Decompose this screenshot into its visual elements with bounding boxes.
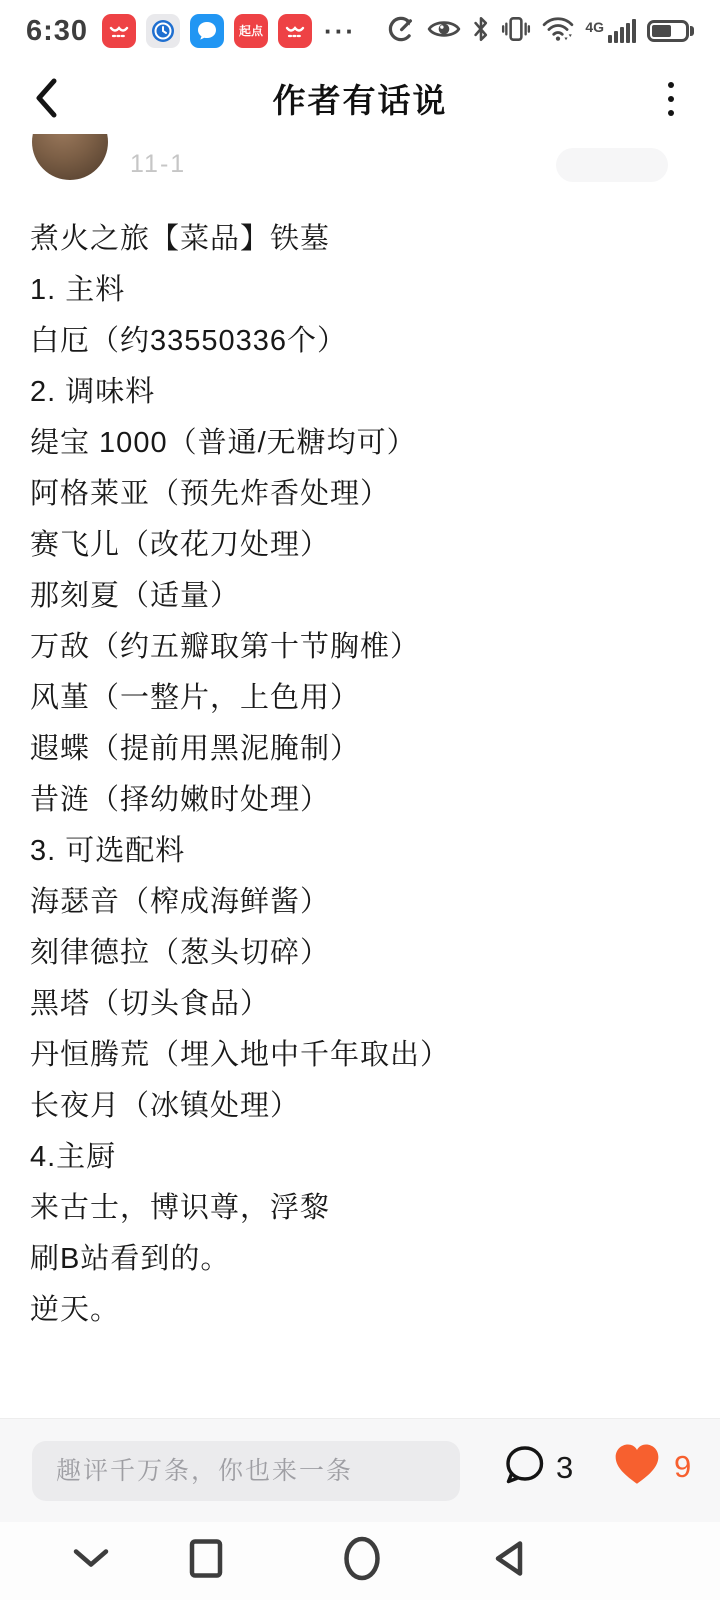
notification-icons: 起点	[102, 14, 312, 48]
page-header: 作者有话说	[0, 62, 720, 134]
back-triangle-icon[interactable]	[488, 1538, 530, 1585]
note-line: 那刻夏（适量）	[30, 571, 695, 622]
screen: 6:30 起点	[0, 0, 720, 1600]
battery-icon	[647, 20, 694, 42]
note-line: 遐蝶（提前用黑泥腌制）	[30, 724, 695, 775]
note-line: 白厄（约33550336个）	[30, 316, 695, 367]
clock-app-icon	[146, 14, 180, 48]
comment-bar: 3 9	[0, 1418, 720, 1522]
note-line: 煮火之旅【菜品】铁墓	[30, 214, 695, 265]
comment-input[interactable]	[32, 1441, 460, 1501]
note-line: 长夜月（冰镇处理）	[30, 1081, 695, 1132]
comments-button[interactable]: 3	[500, 1441, 573, 1494]
note-line: 赛飞儿（改花刀处理）	[30, 520, 695, 571]
signal-4g-icon: 4G	[585, 19, 636, 43]
red-reading-app-icon	[102, 14, 136, 48]
note-line: 刻律德拉（葱头切碎）	[30, 928, 695, 979]
note-line: 黑塔（切头食品）	[30, 979, 695, 1030]
comment-count: 3	[556, 1450, 573, 1486]
red-reading-app-icon-2	[278, 14, 312, 48]
clock-time: 6:30	[26, 15, 88, 48]
comment-bubble-icon	[500, 1441, 548, 1494]
data-saver-icon	[386, 14, 416, 49]
wifi-icon	[542, 16, 574, 47]
vibrate-icon	[501, 15, 531, 48]
note-line: 阿格莱亚（预先炸香处理）	[30, 469, 695, 520]
more-notifications-icon: ···	[324, 16, 356, 47]
android-nav-bar	[0, 1522, 720, 1600]
note-line: 刷B站看到的。	[30, 1234, 695, 1285]
bluetooth-icon	[472, 15, 490, 48]
note-line: 逆天。	[30, 1285, 695, 1336]
network-type-label: 4G	[585, 19, 604, 35]
messages-app-icon	[190, 14, 224, 48]
note-line: 1. 主料	[30, 265, 695, 316]
signal-bars-icon	[608, 19, 636, 43]
note-line: 风堇（一整片，上色用）	[30, 673, 695, 724]
like-count: 9	[674, 1449, 691, 1485]
recents-square-icon[interactable]	[189, 1539, 223, 1584]
note-line: 2. 调味料	[30, 367, 695, 418]
follow-pill-button[interactable]	[556, 148, 668, 182]
overflow-menu-button[interactable]	[664, 78, 678, 120]
heart-icon	[612, 1441, 662, 1492]
note-line: 来古士，博识尊，浮黎	[30, 1183, 695, 1234]
note-line: 海瑟音（榨成海鲜酱）	[30, 877, 695, 928]
hide-navbar-chevron-icon[interactable]	[70, 1547, 112, 1576]
page-title: 作者有话说	[0, 75, 720, 122]
note-line: 昔涟（择幼嫩时处理）	[30, 775, 695, 826]
status-icons: 4G	[386, 14, 694, 49]
note-line: 4.主厨	[30, 1132, 695, 1183]
qidian-app-label: 起点	[239, 25, 263, 37]
note-line: 万敌（约五瓣取第十节胸椎）	[30, 622, 695, 673]
author-note-text: 煮火之旅【菜品】铁墓 1. 主料 白厄（约33550336个） 2. 调味料 缇…	[30, 214, 695, 1336]
note-line: 丹恒腾荒（埋入地中千年取出）	[30, 1030, 695, 1081]
status-bar: 6:30 起点	[0, 0, 720, 62]
back-button[interactable]	[32, 76, 62, 120]
note-line: 3. 可选配料	[30, 826, 695, 877]
like-button[interactable]: 9	[612, 1441, 691, 1492]
note-line: 缇宝 1000（普通/无糖均可）	[30, 418, 695, 469]
eye-comfort-icon	[427, 17, 461, 46]
qidian-app-icon: 起点	[234, 14, 268, 48]
home-circle-icon[interactable]	[342, 1535, 382, 1588]
post-date: 11-1	[130, 150, 186, 179]
